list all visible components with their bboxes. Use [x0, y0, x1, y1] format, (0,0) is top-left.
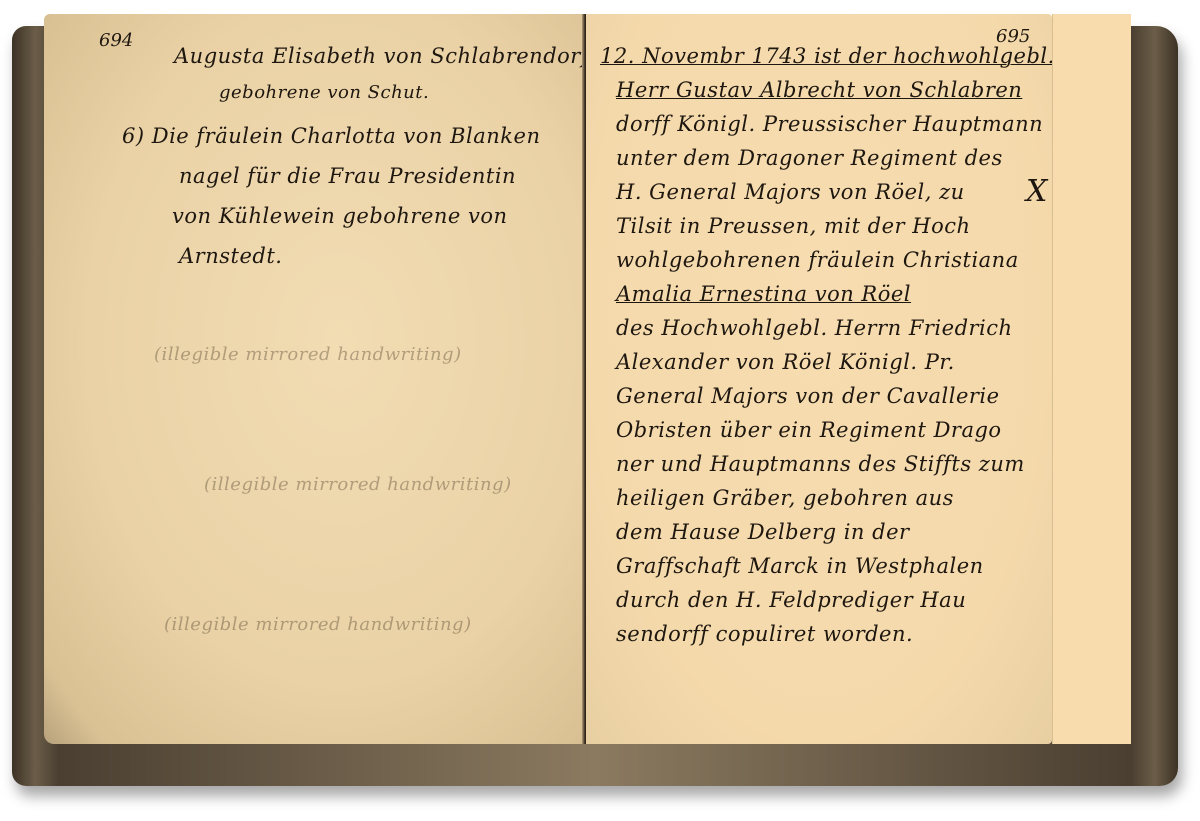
- manuscript-line: nagel für die Frau Presidentin: [179, 164, 516, 188]
- manuscript-line: Tilsit in Preussen, mit der Hoch: [616, 214, 971, 238]
- manuscript-line: dorff Königl. Preussischer Hauptmann: [616, 112, 1043, 136]
- manuscript-line: Amalia Ernestina von Röel: [616, 282, 911, 306]
- bleed-through-text: (illegible mirrored handwriting): [164, 614, 472, 635]
- manuscript-line: wohlgebohrenen fräulein Christiana: [616, 248, 1019, 272]
- manuscript-line: Obristen über ein Regiment Drago: [616, 418, 1002, 442]
- manuscript-line: 6) Die fräulein Charlotta von Blanken: [122, 124, 540, 148]
- manuscript-line: Graffschaft Marck in Westphalen: [616, 554, 984, 578]
- manuscript-line: 12. Novembr 1743 ist der hochwohlgebl.: [600, 44, 1055, 68]
- manuscript-line: Alexander von Röel Königl. Pr.: [616, 350, 955, 374]
- left-page: 694 Augusta Elisabeth von Schlabrendorf …: [44, 14, 582, 744]
- manuscript-line: General Majors von der Cavallerie: [616, 384, 1000, 408]
- margin-x-mark: X: [1026, 174, 1048, 209]
- page-number-left: 694: [99, 30, 133, 51]
- manuscript-line: von Kühlewein gebohrene von: [172, 204, 508, 228]
- bleed-through-text: (illegible mirrored handwriting): [204, 474, 512, 495]
- manuscript-line: Herr Gustav Albrecht von Schlabren: [616, 78, 1022, 102]
- blank-page-edge: [1052, 14, 1131, 744]
- manuscript-line: durch den H. Feldprediger Hau: [616, 588, 966, 612]
- manuscript-line: heiligen Gräber, gebohren aus: [616, 486, 954, 510]
- manuscript-line: gebohrene von Schut.: [219, 82, 429, 103]
- manuscript-line: Augusta Elisabeth von Schlabrendorf: [174, 44, 589, 68]
- manuscript-line: unter dem Dragoner Regiment des: [616, 146, 1003, 170]
- bleed-through-text: (illegible mirrored handwriting): [154, 344, 462, 365]
- manuscript-line: Arnstedt.: [179, 244, 282, 268]
- manuscript-line: H. General Majors von Röel, zu: [616, 180, 965, 204]
- manuscript-line: des Hochwohlgebl. Herrn Friedrich: [616, 316, 1013, 340]
- manuscript-line: sendorff copuliret worden.: [616, 622, 913, 646]
- manuscript-line: ner und Hauptmanns des Stiffts zum: [616, 452, 1025, 476]
- right-page: 695 12. Novembr 1743 ist der hochwohlgeb…: [586, 14, 1052, 744]
- manuscript-line: dem Hause Delberg in der: [616, 520, 910, 544]
